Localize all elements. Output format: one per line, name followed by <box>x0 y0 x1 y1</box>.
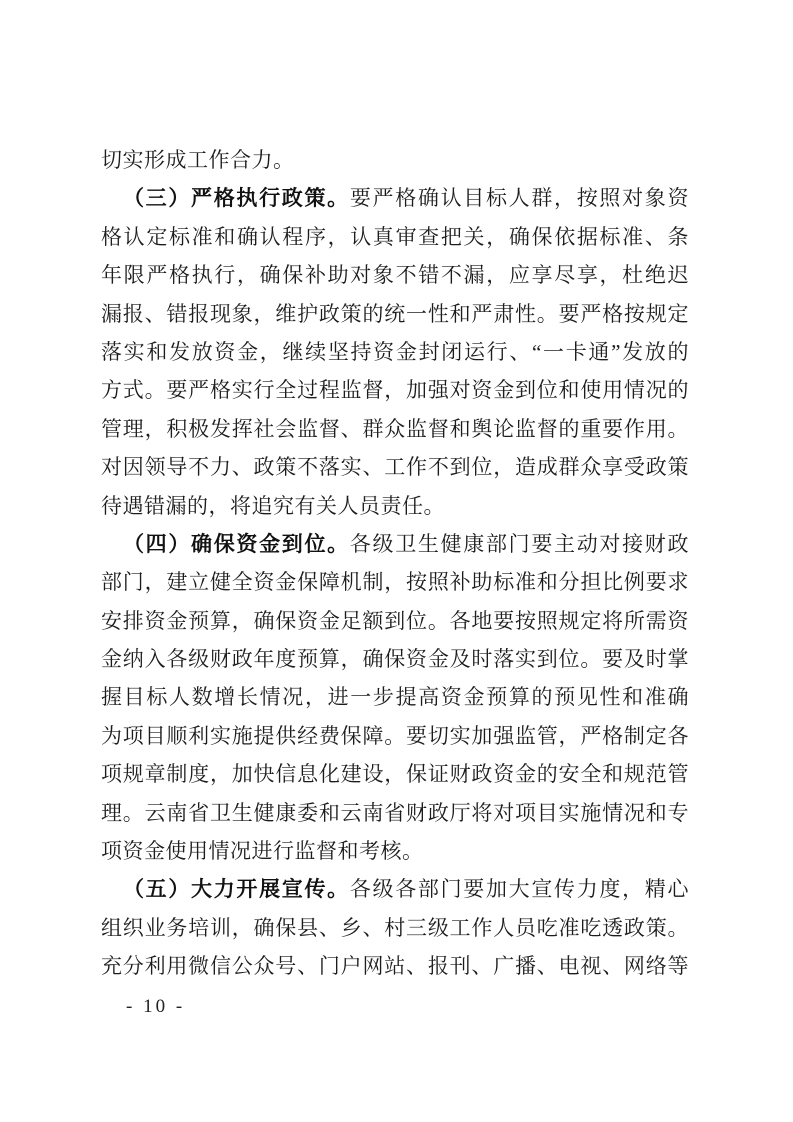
line-text: 组织业务培训，确保县、乡、村三级工作人员吃准吃透政策。 <box>101 916 689 940</box>
line-text: 各级各部门要加大宣传力度，精心 <box>350 877 689 901</box>
line-text: 为项目顺利实施提供经费保障。要切实加强监管，严格制定各 <box>101 724 689 748</box>
text-line: 落实和发放资金，继续坚持资金封闭运行、“一卡通”发放的 <box>101 333 689 371</box>
line-text: 金纳入各级财政年度预算，确保资金及时落实到位。要及时掌 <box>101 647 689 671</box>
line-text: 理。云南省卫生健康委和云南省财政厅将对项目实施情况和专 <box>101 801 689 825</box>
text-line: 充分利用微信公众号、门户网站、报刊、广播、电视、网络等 <box>101 947 689 985</box>
text-line: 管理，积极发挥社会监督、群众监督和舆论监督的重要作用。 <box>101 410 689 448</box>
section-heading: （三）严格执行政策。 <box>123 186 350 210</box>
line-text: 管理，积极发挥社会监督、群众监督和舆论监督的重要作用。 <box>101 417 689 441</box>
text-line: 漏报、错报现象，维护政策的统一性和严肃性。要严格按规定 <box>101 295 689 333</box>
line-text: 落实和发放资金，继续坚持资金封闭运行、“一卡通”发放的 <box>101 340 689 364</box>
text-line: 安排资金预算，确保资金足额到位。各地要按照规定将所需资 <box>101 602 689 640</box>
line-text: 各级卫生健康部门要主动对接财政 <box>350 532 689 556</box>
text-line: 方式。要严格实行全过程监督，加强对资金到位和使用情况的 <box>101 371 689 409</box>
line-text: 切实形成工作合力。 <box>101 148 295 172</box>
line-text: 握目标人数增长情况，进一步提高资金预算的预见性和准确性， <box>101 685 689 716</box>
text-line: 部门，建立健全资金保障机制，按照补助标准和分担比例要求 <box>101 563 689 601</box>
text-line: 项规章制度，加快信息化建设，保证财政资金的安全和规范管 <box>101 755 689 793</box>
line-text: 项资金使用情况进行监督和考核。 <box>101 839 424 863</box>
text-line: 待遇错漏的，将追究有关人员责任。 <box>101 487 689 525</box>
text-line: 组织业务培训，确保县、乡、村三级工作人员吃准吃透政策。 <box>101 909 689 947</box>
text-line: 握目标人数增长情况，进一步提高资金预算的预见性和准确性， <box>101 678 689 716</box>
section-heading: （四）确保资金到位。 <box>123 532 350 556</box>
text-line: 理。云南省卫生健康委和云南省财政厅将对项目实施情况和专 <box>101 794 689 832</box>
text-line: 金纳入各级财政年度预算，确保资金及时落实到位。要及时掌 <box>101 640 689 678</box>
line-text: 充分利用微信公众号、门户网站、报刊、广播、电视、网络等 <box>101 954 689 978</box>
document-page: 切实形成工作合力。（三）严格执行政策。要严格确认目标人群，按照对象资格认定标准和… <box>0 0 793 1122</box>
text-line: 格认定标准和确认程序，认真审查把关，确保依据标准、条件、 <box>101 218 689 256</box>
line-text: 待遇错漏的，将追究有关人员责任。 <box>101 494 445 518</box>
text-line: （五）大力开展宣传。各级各部门要加大宣传力度，精心 <box>101 870 689 908</box>
line-text: 要严格确认目标人群，按照对象资 <box>350 186 689 210</box>
text-line: 对因领导不力、政策不落实、工作不到位，造成群众享受政策 <box>101 448 689 486</box>
line-text: 年限严格执行，确保补助对象不错不漏，应享尽享，杜绝迟报、 <box>101 263 689 294</box>
line-text: 安排资金预算，确保资金足额到位。各地要按照规定将所需资 <box>101 609 689 633</box>
line-text: 格认定标准和确认程序，认真审查把关，确保依据标准、条件、 <box>101 225 689 256</box>
line-text: 部门，建立健全资金保障机制，按照补助标准和分担比例要求 <box>101 570 689 594</box>
line-text: 项规章制度，加快信息化建设，保证财政资金的安全和规范管 <box>101 762 689 786</box>
text-line: 切实形成工作合力。 <box>101 141 689 179</box>
line-text: 漏报、错报现象，维护政策的统一性和严肃性。要严格按规定 <box>101 302 689 326</box>
line-text: 方式。要严格实行全过程监督，加强对资金到位和使用情况的 <box>101 378 689 402</box>
text-line: 年限严格执行，确保补助对象不错不漏，应享尽享，杜绝迟报、 <box>101 256 689 294</box>
document-body: 切实形成工作合力。（三）严格执行政策。要严格确认目标人群，按照对象资格认定标准和… <box>101 141 689 986</box>
line-text: 对因领导不力、政策不落实、工作不到位，造成群众享受政策 <box>101 455 689 479</box>
text-line: 为项目顺利实施提供经费保障。要切实加强监管，严格制定各 <box>101 717 689 755</box>
text-line: （三）严格执行政策。要严格确认目标人群，按照对象资 <box>101 179 689 217</box>
page-number: - 10 - <box>126 996 185 1018</box>
text-line: 项资金使用情况进行监督和考核。 <box>101 832 689 870</box>
text-line: （四）确保资金到位。各级卫生健康部门要主动对接财政 <box>101 525 689 563</box>
section-heading: （五）大力开展宣传。 <box>123 877 350 901</box>
